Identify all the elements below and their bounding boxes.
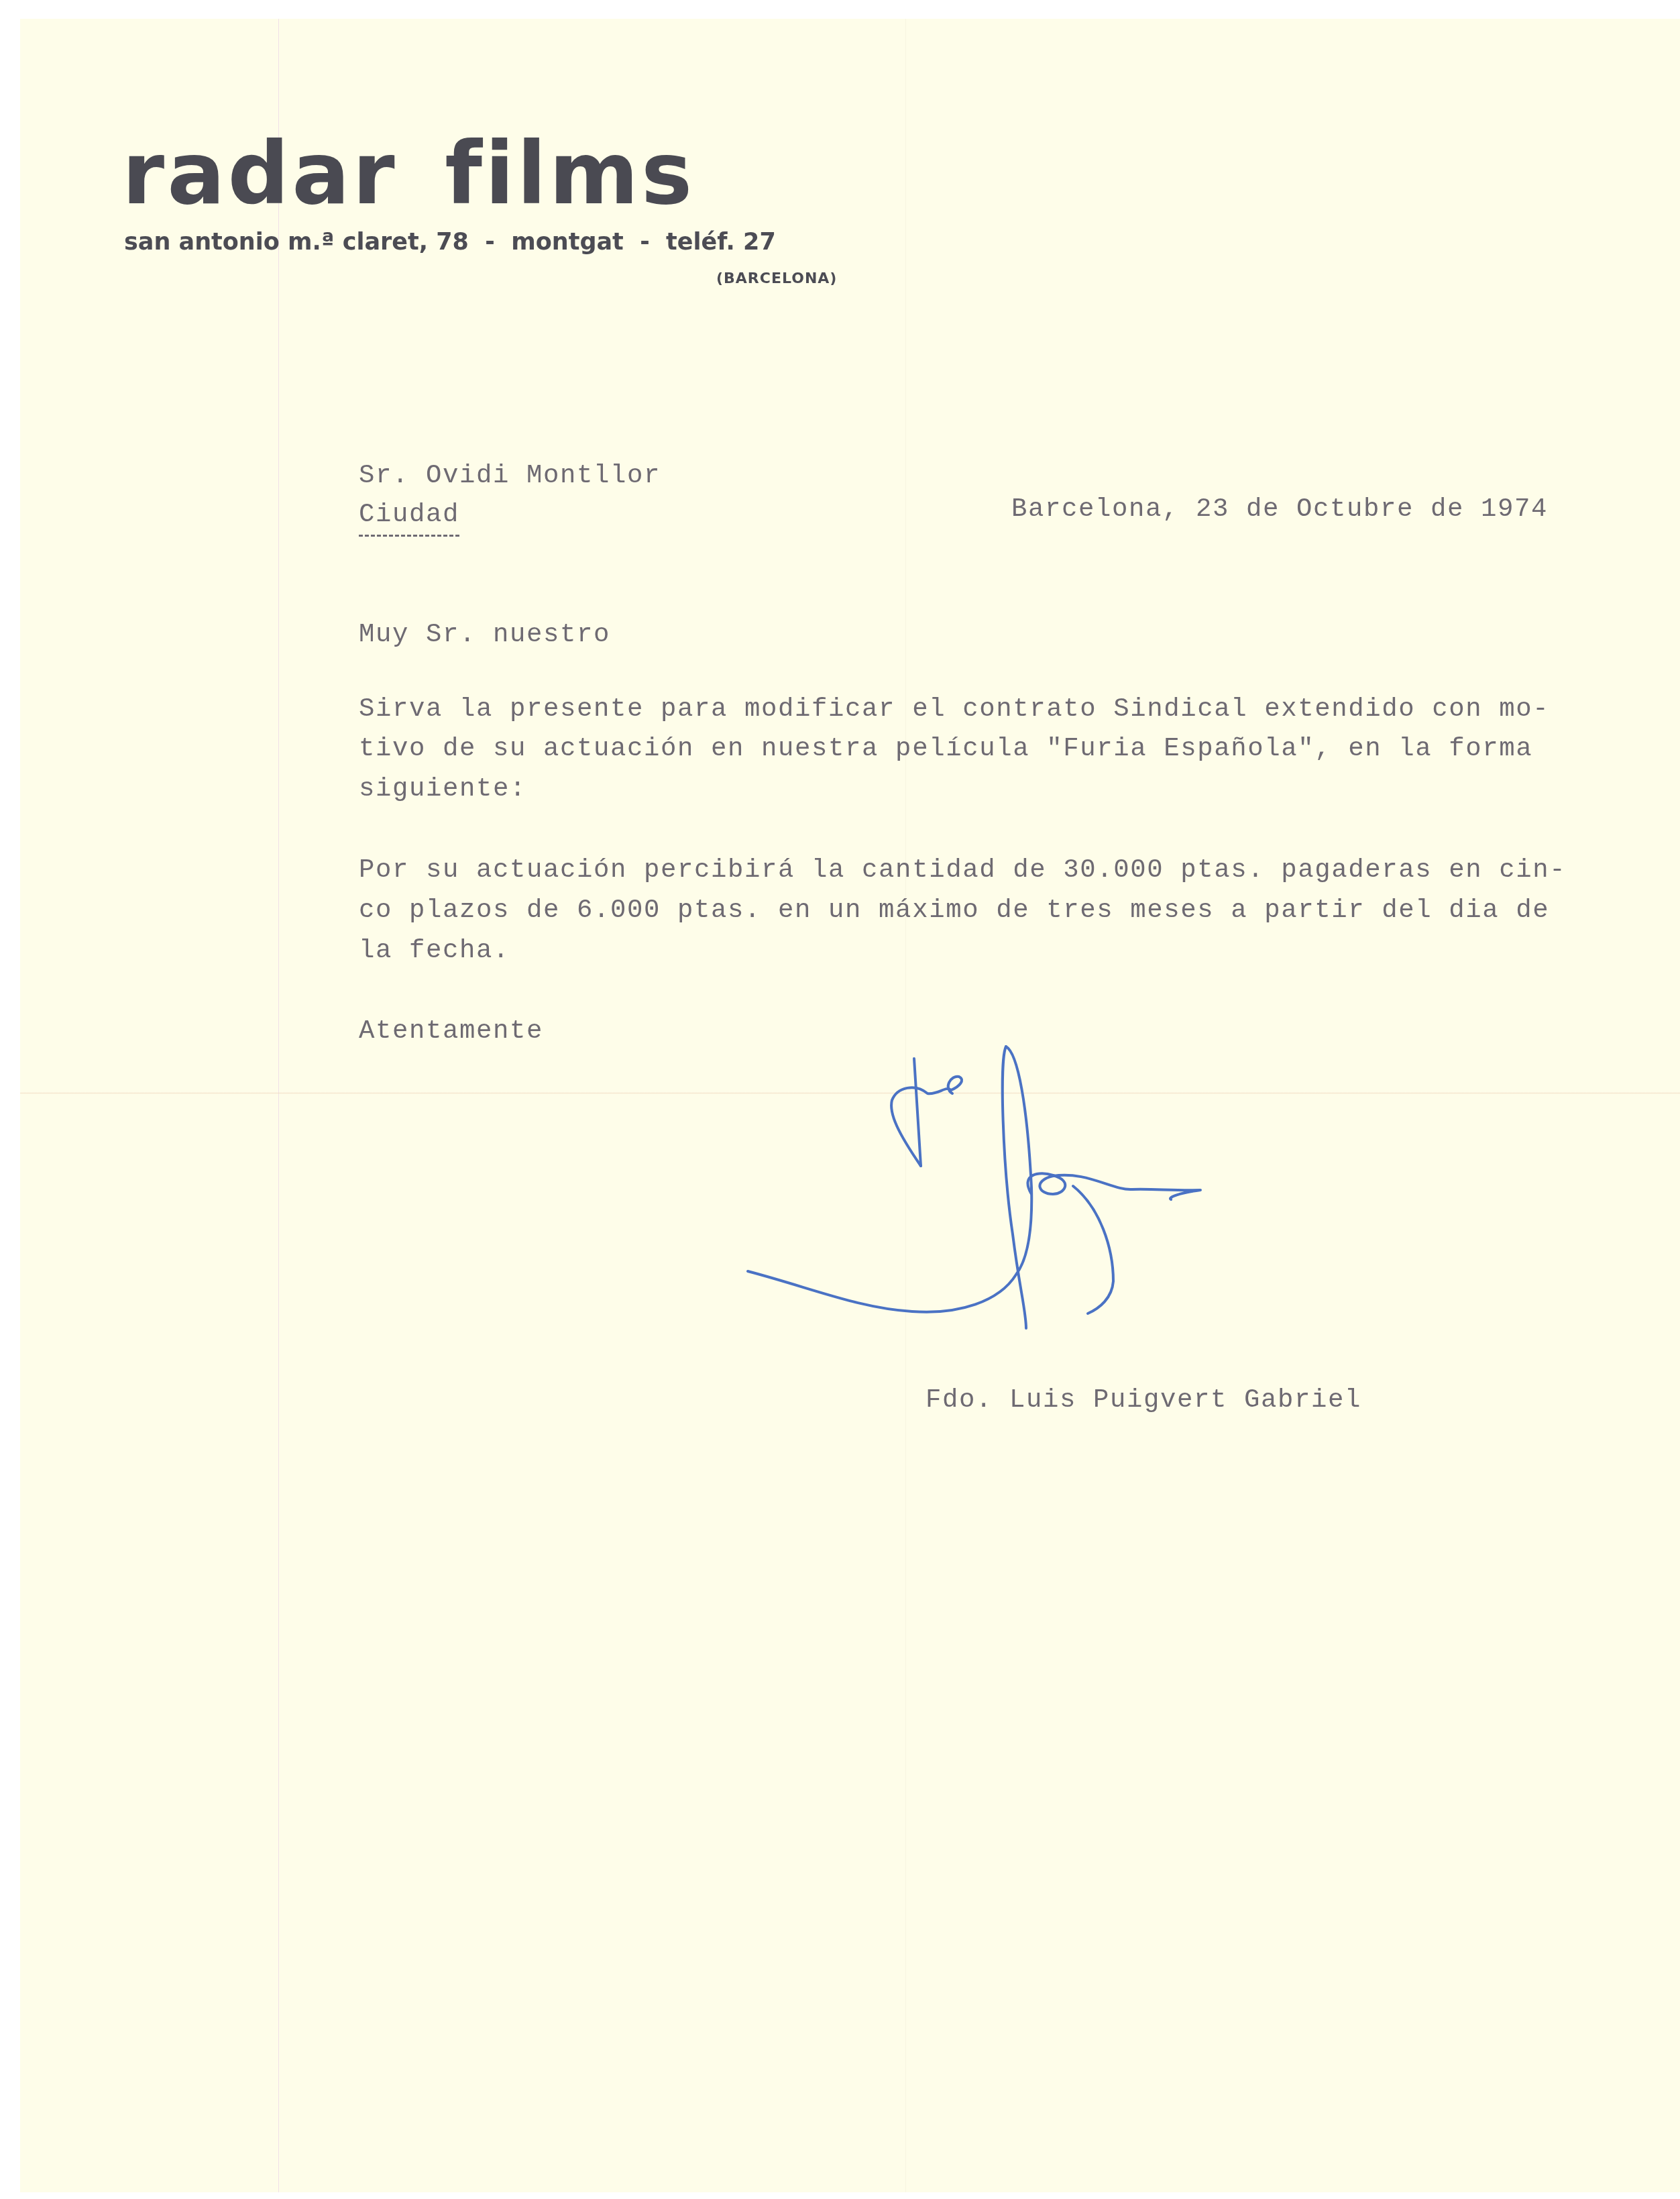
signatory-name: Fdo. Luis Puigvert Gabriel [926, 1387, 1361, 1413]
body-line: co plazos de 6.000 ptas. en un máximo de… [359, 898, 1549, 924]
closing: Atentamente [359, 1018, 543, 1044]
body-line: siguiente: [359, 776, 526, 802]
recipient-location: Ciudad [359, 500, 459, 537]
letterhead-city: (BARCELONA) [716, 272, 837, 286]
paper-crease-vertical [278, 19, 279, 2192]
salutation: Muy Sr. nuestro [359, 622, 610, 648]
body-line: la fecha. [359, 938, 510, 964]
letterhead-company-name: radar films [122, 131, 695, 217]
body-line: tivo de su actuación en nuestra película… [359, 736, 1532, 762]
recipient-name: Sr. Ovidi Montllor [359, 463, 661, 489]
body-line: Por su actuación percibirá la cantidad d… [359, 857, 1566, 883]
letterhead-address: san antonio m.ª claret, 78 - montgat - t… [124, 231, 776, 254]
handwritten-signature [738, 1033, 1408, 1369]
date-line: Barcelona, 23 de Octubre de 1974 [1011, 496, 1548, 523]
body-line: Sirva la presente para modificar el cont… [359, 696, 1549, 722]
